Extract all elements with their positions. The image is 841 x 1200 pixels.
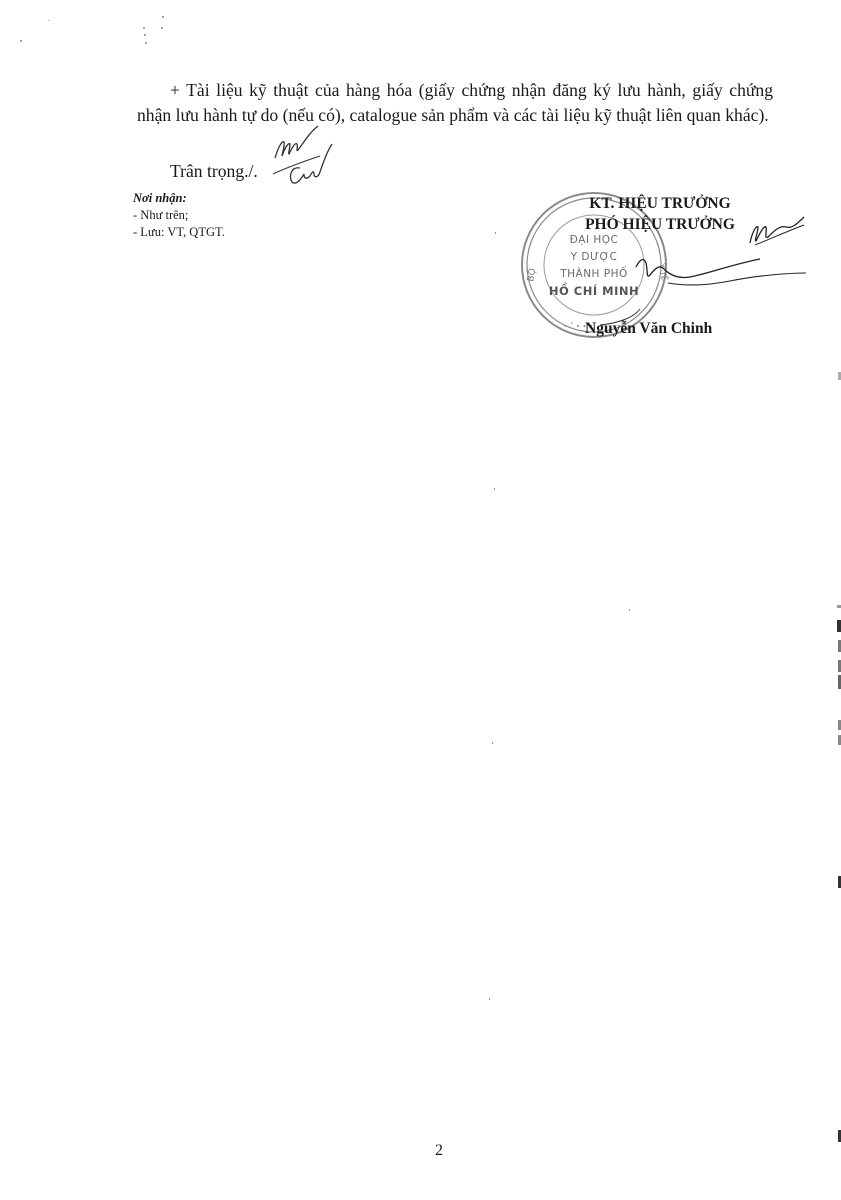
scan-artifact [161,27,163,29]
document-paragraph: + Tài liệu kỹ thuật của hàng hóa (giấy c… [137,78,773,128]
scan-artifact [629,609,630,611]
scan-artifact [20,40,22,42]
scan-artifact [489,998,490,1000]
scan-artifact [143,27,145,29]
scan-artifact [494,488,495,490]
scan-artifact [144,34,146,36]
scan-artifact [48,20,49,21]
recipient-item: - Lưu: VT, QTGT. [133,224,225,241]
scan-artifact [145,42,147,44]
recipients-block: Nơi nhận: - Như trên; - Lưu: VT, QTGT. [133,190,225,241]
signature-title-2: PHÓ HIỆU TRƯỞNG [555,214,765,235]
recipients-title: Nơi nhận: [133,190,225,207]
scan-artifact [492,742,493,744]
page-number: 2 [435,1142,443,1160]
stamp-text: ĐẠI HỌC Y DƯỢC THÀNH PHỐ HỒ CHÍ MINH [519,232,669,300]
edge-bleed-mark [837,605,841,608]
edge-bleed-mark [837,620,841,632]
recipient-item: - Như trên; [133,207,225,224]
scan-artifact [162,16,164,18]
signer-name: Nguyễn Văn Chinh [585,320,712,338]
scan-artifact [495,232,496,234]
signature-title-1: KT. HIỆU TRƯỞNG [555,193,765,214]
signature-block: KT. HIỆU TRƯỞNG PHÓ HIỆU TRƯỞNG [555,193,765,235]
closing-text: Trân trọng./. [170,159,258,184]
initial-signature-icon [270,120,350,195]
